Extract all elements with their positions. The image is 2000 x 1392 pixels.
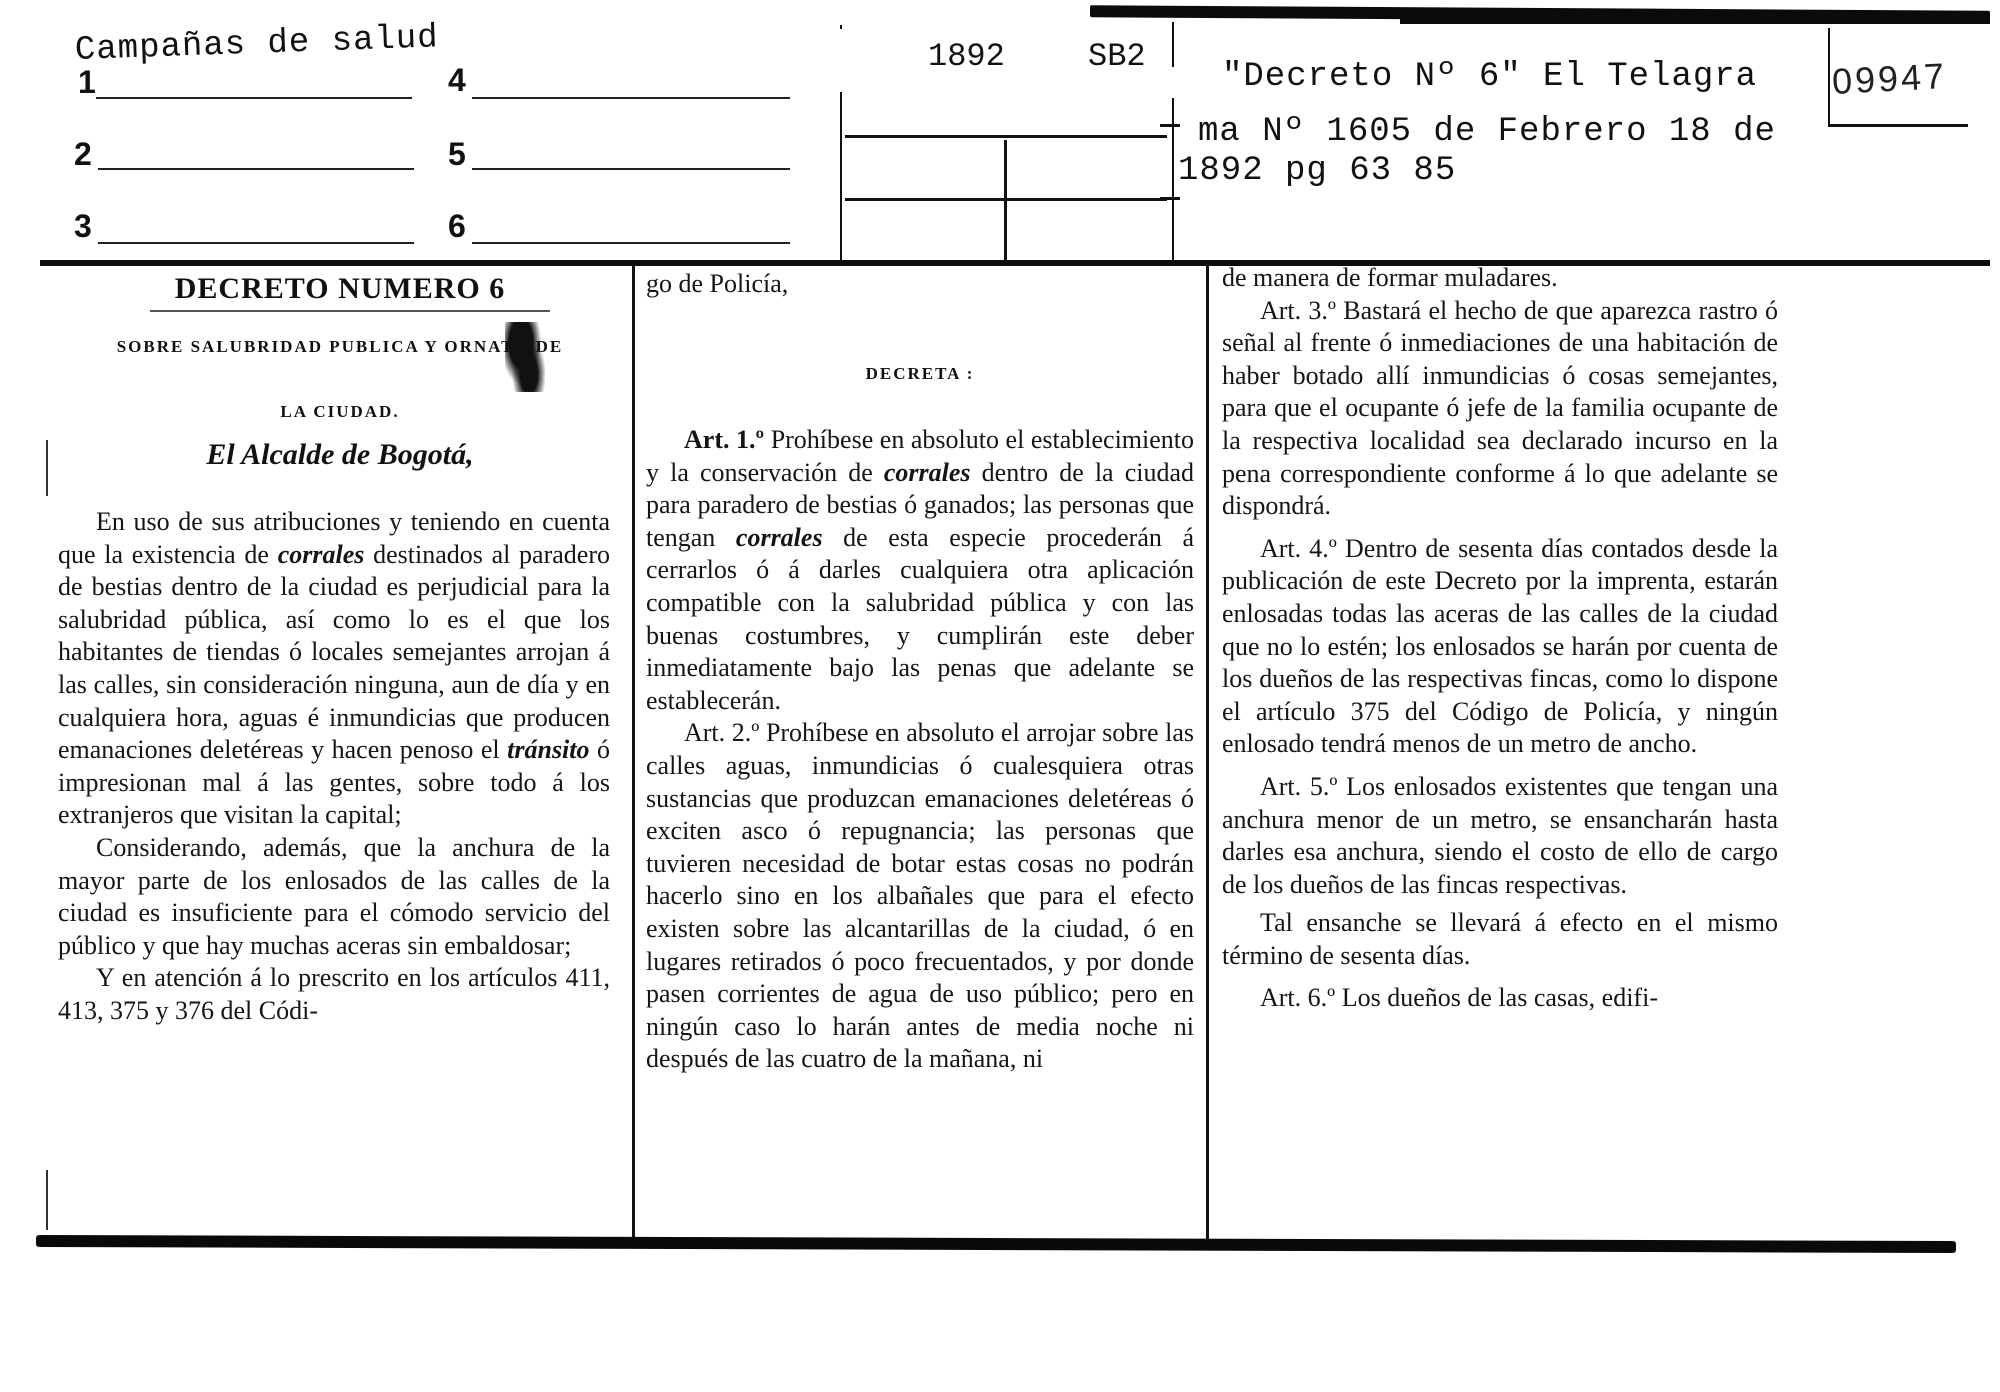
preamble-continued: go de Policía,	[646, 268, 1194, 301]
field-number-3: 3	[74, 208, 92, 245]
middle-column-text: go de Policía,	[646, 268, 1194, 301]
citation-line-1: "Decreto Nº 6" El Telagra	[1222, 58, 1757, 96]
article-2-text: Prohíbese en absoluto el arrojar sobre l…	[646, 718, 1194, 1073]
right-column-text: de manera de formar muladares. Art. 3.º …	[1222, 262, 1778, 1015]
decree-issuer: El Alcalde de Bogotá,	[55, 438, 625, 472]
field-4-input[interactable]	[472, 97, 790, 99]
year-label: 1892	[928, 38, 1005, 75]
accession-box-left	[1828, 28, 1830, 126]
subject-heading: Campañas de salud	[74, 19, 439, 70]
decreta-heading: DECRETA :	[646, 364, 1194, 384]
article-1-italic: corrales	[884, 458, 971, 487]
box-left-border	[840, 92, 842, 262]
box-tick	[840, 25, 842, 29]
article-6-text: Los dueños de las casas, edifi-	[1342, 983, 1658, 1012]
clipping-bottom-rule	[36, 1235, 1956, 1253]
box-tick-right-2	[1160, 197, 1180, 200]
preamble-2: Considerando, además, que la anchura de …	[58, 832, 610, 962]
scan-edge-mark-bottom	[46, 1170, 48, 1230]
column-divider-1	[632, 264, 635, 1242]
article-3-label: Art. 3.º	[1260, 296, 1336, 325]
citation-line-2: ma Nº 1605 de Febrero 18 de	[1198, 113, 1776, 151]
field-number-2: 2	[74, 136, 92, 173]
title-underline	[150, 310, 550, 312]
decree-title: DECRETO NUMERO 6	[60, 272, 620, 306]
left-column-text: En uso de sus atribuciones y teniendo en…	[58, 506, 610, 1028]
box-right-border	[1172, 98, 1174, 263]
box-right-border-top	[1172, 22, 1174, 67]
field-3-input[interactable]	[98, 242, 414, 244]
box-row-line-2	[845, 198, 1167, 201]
accession-box-bottom	[1828, 124, 1968, 127]
accession-number: 09947	[1831, 55, 1948, 103]
preamble-1-italic-2: tránsito	[507, 735, 589, 764]
article-1-label: Art. 1.º	[684, 425, 764, 454]
field-number-6: 6	[448, 208, 466, 245]
field-number-1: 1	[78, 64, 96, 101]
article-3-text: Bastará el hecho de que aparezca rastro …	[1222, 296, 1778, 521]
field-number-5: 5	[448, 136, 466, 173]
top-border-rule-thick	[1400, 14, 1990, 24]
field-6-input[interactable]	[472, 242, 790, 244]
code-label: SB2	[1088, 38, 1146, 75]
preamble-3: Y en atención á lo prescrito en los artí…	[58, 962, 610, 1027]
field-2-input[interactable]	[98, 168, 414, 170]
decree-subtitle-2: LA CIUDAD.	[55, 402, 625, 422]
preamble-1-italic: corrales	[278, 540, 365, 569]
article-1-italic-2: corrales	[736, 523, 823, 552]
article-6-label: Art. 6.º	[1260, 983, 1335, 1012]
field-number-4: 4	[448, 62, 466, 99]
citation-line-3: 1892 pg 63 85	[1178, 152, 1456, 190]
field-5-input[interactable]	[472, 168, 790, 170]
article-2-label: Art. 2.º	[684, 718, 759, 747]
preamble-1b: destinados al paradero de bestias dentro…	[58, 540, 610, 765]
middle-column-articles: Art. 1.º Prohíbese en absoluto el establ…	[646, 424, 1194, 1076]
article-4-label: Art. 4.º	[1260, 534, 1337, 563]
field-1-input[interactable]	[96, 97, 412, 99]
ink-stain	[505, 322, 545, 392]
box-row-line-1	[845, 135, 1167, 138]
column-divider-2	[1206, 264, 1209, 1242]
article-2-continued: de manera de formar muladares.	[1222, 262, 1778, 295]
article-5-addendum: Tal ensanche se llevará á efecto en el m…	[1222, 907, 1778, 972]
article-5-label: Art. 5.º	[1260, 772, 1337, 801]
article-4-text: Dentro de sesenta días contados desde la…	[1222, 534, 1778, 759]
scan-edge-mark	[46, 440, 48, 496]
box-tick-right-1	[1160, 124, 1180, 127]
